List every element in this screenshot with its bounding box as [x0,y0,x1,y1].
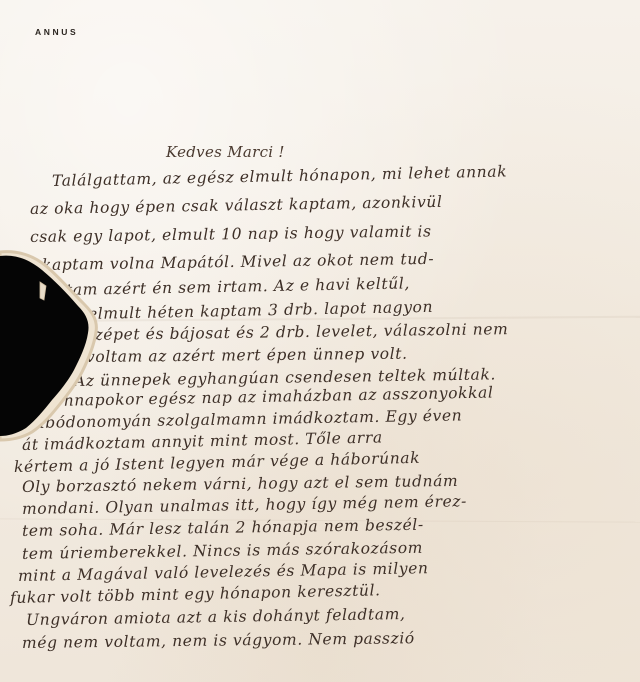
header-label: ANNUS [35,27,78,37]
letter-line: voltam az azért mert épen ünnep volt. [86,345,408,366]
salutation: Kedves Marci ! [166,143,285,161]
